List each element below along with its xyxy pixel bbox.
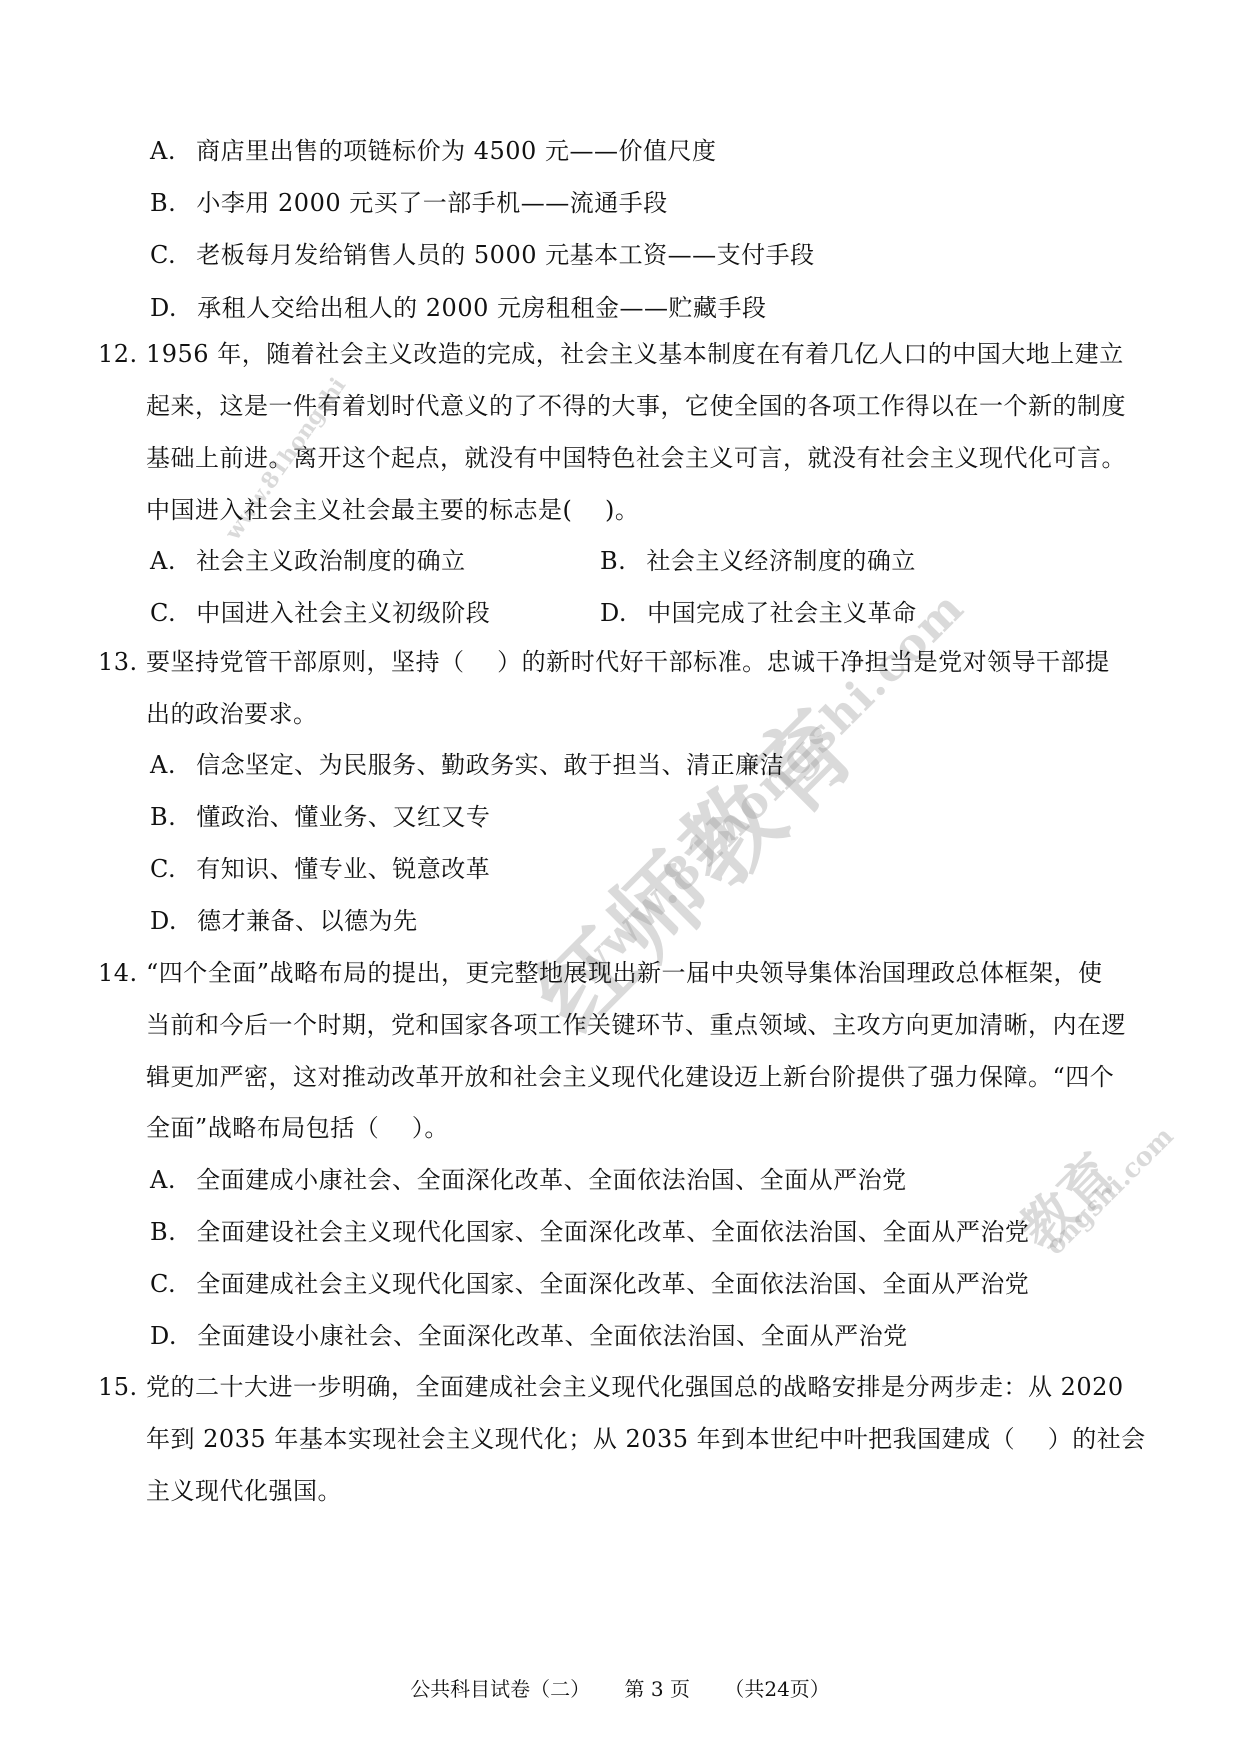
option-text: 中国进入社会主义初级阶段	[196, 599, 490, 627]
q15-stem-line: 年到 2035 年基本实现社会主义现代化；从 2035 年到本世纪中叶把我国建成…	[146, 1424, 1146, 1454]
q12-number: 12.	[98, 339, 138, 369]
option-text: 中国完成了社会主义革命	[647, 599, 917, 627]
option-text: 懂政治、懂业务、又红又专	[196, 803, 490, 831]
q12-stem-line: 中国进入社会主义社会最主要的标志是( )。	[146, 495, 639, 525]
option-text: 信念坚定、为民服务、勤政务实、敢于担当、清正廉洁	[196, 751, 784, 779]
q13-stem-line: 要坚持党管干部原则，坚持（ ）的新时代好干部标准。忠诚干净担当是党对领导干部提	[146, 647, 1110, 677]
q15-number: 15.	[98, 1372, 138, 1402]
q14-number: 14.	[98, 958, 138, 988]
exam-page: 红师教育 www.81hongshi.com 教育 ongshi.com www…	[0, 0, 1240, 1754]
option-label: A.	[150, 1166, 176, 1194]
option-text: 全面建成小康社会、全面深化改革、全面依法治国、全面从严治党	[196, 1166, 907, 1194]
q13-option-c: C. 有知识、懂专业、锐意改革	[150, 854, 490, 884]
q12-option-c: C. 中国进入社会主义初级阶段	[150, 598, 490, 628]
option-text: 承租人交给出租人的 2000 元房租租金——贮藏手段	[197, 294, 766, 322]
option-text: 全面建设小康社会、全面深化改革、全面依法治国、全面从严治党	[197, 1322, 908, 1350]
watermark-url: www.81hongshi.com	[560, 581, 975, 996]
q11-option-c: C. 老板每月发给销售人员的 5000 元基本工资——支付手段	[150, 240, 815, 270]
option-label: B.	[150, 189, 176, 217]
q13-option-a: A. 信念坚定、为民服务、勤政务实、敢于担当、清正廉洁	[150, 750, 784, 780]
option-label: C.	[150, 241, 176, 269]
page-footer: 公共科目试卷（二） 第 3 页 （共24页）	[0, 1676, 1240, 1702]
q14-option-a: A. 全面建成小康社会、全面深化改革、全面依法治国、全面从严治党	[150, 1165, 907, 1195]
q11-option-b: B. 小李用 2000 元买了一部手机——流通手段	[150, 188, 668, 218]
q14-stem-line: 当前和今后一个时期，党和国家各项工作关键环节、重点领域、主攻方向更加清晰，内在逻	[146, 1010, 1126, 1040]
q12-stem-line: 1956 年，随着社会主义改造的完成，社会主义基本制度在有着几亿人口的中国大地上…	[146, 339, 1124, 369]
q15-stem-line: 主义现代化强国。	[146, 1476, 342, 1506]
q12-option-b: B. 社会主义经济制度的确立	[600, 546, 916, 576]
option-label: D.	[150, 907, 177, 935]
q11-option-a: A. 商店里出售的项链标价为 4500 元——价值尺度	[150, 136, 716, 166]
option-label: D.	[150, 1322, 177, 1350]
q14-option-b: B. 全面建设社会主义现代化国家、全面深化改革、全面依法治国、全面从严治党	[150, 1217, 1029, 1247]
q13-option-b: B. 懂政治、懂业务、又红又专	[150, 802, 490, 832]
watermark-logo: 红师教育	[500, 672, 885, 1057]
paper-title: 公共科目试卷（二）	[410, 1677, 590, 1701]
option-text: 小李用 2000 元买了一部手机——流通手段	[196, 189, 667, 217]
option-label: B.	[150, 1218, 176, 1246]
option-label: D.	[600, 599, 627, 627]
q12-option-d: D. 中国完成了社会主义革命	[600, 598, 917, 628]
q12-stem-line: 基础上前进。离开这个起点，就没有中国特色社会主义可言，就没有社会主义现代化可言。	[146, 443, 1126, 473]
q12-option-a: A. 社会主义政治制度的确立	[150, 546, 466, 576]
q15-stem-line: 党的二十大进一步明确，全面建成社会主义现代化强国总的战略安排是分两步走：从 20…	[146, 1372, 1124, 1402]
q13-stem-line: 出的政治要求。	[146, 699, 318, 729]
watermark-url-small: ongshi.com	[1040, 1122, 1180, 1262]
q13-option-d: D. 德才兼备、以德为先	[150, 906, 418, 936]
option-text: 老板每月发给销售人员的 5000 元基本工资——支付手段	[196, 241, 814, 269]
option-text: 社会主义经济制度的确立	[646, 547, 916, 575]
q13-number: 13.	[98, 647, 138, 677]
q12-stem-line: 起来，这是一件有着划时代意义的了不得的大事，它使全国的各项工作得以在一个新的制度	[146, 391, 1126, 421]
option-label: C.	[150, 855, 176, 883]
option-label: A.	[150, 751, 176, 779]
q14-stem-line: “四个全面”战略布局的提出，更完整地展现出新一届中央领导集体治国理政总体框架，使	[146, 958, 1103, 988]
option-text: 有知识、懂专业、锐意改革	[196, 855, 490, 883]
page-number: 第 3 页	[625, 1677, 690, 1701]
option-label: B.	[150, 803, 176, 831]
option-label: C.	[150, 1270, 176, 1298]
option-text: 社会主义政治制度的确立	[196, 547, 466, 575]
option-label: C.	[150, 599, 176, 627]
option-text: 德才兼备、以德为先	[197, 907, 418, 935]
option-label: B.	[600, 547, 626, 575]
page-total: （共24页）	[724, 1677, 829, 1701]
option-text: 全面建设社会主义现代化国家、全面深化改革、全面依法治国、全面从严治党	[196, 1218, 1029, 1246]
q14-option-d: D. 全面建设小康社会、全面深化改革、全面依法治国、全面从严治党	[150, 1321, 908, 1351]
option-label: A.	[150, 137, 176, 165]
q14-stem-line: 辑更加严密，这对推动改革开放和社会主义现代化建设迈上新台阶提供了强力保障。“四个	[146, 1062, 1114, 1092]
q11-option-d: D. 承租人交给出租人的 2000 元房租租金——贮藏手段	[150, 293, 767, 323]
q14-option-c: C. 全面建成社会主义现代化国家、全面深化改革、全面依法治国、全面从严治党	[150, 1269, 1029, 1299]
option-label: A.	[150, 547, 176, 575]
q14-stem-line: 全面”战略布局包括（ ）。	[146, 1113, 449, 1143]
option-text: 全面建成社会主义现代化国家、全面深化改革、全面依法治国、全面从严治党	[196, 1270, 1029, 1298]
option-text: 商店里出售的项链标价为 4500 元——价值尺度	[196, 137, 716, 165]
option-label: D.	[150, 294, 177, 322]
